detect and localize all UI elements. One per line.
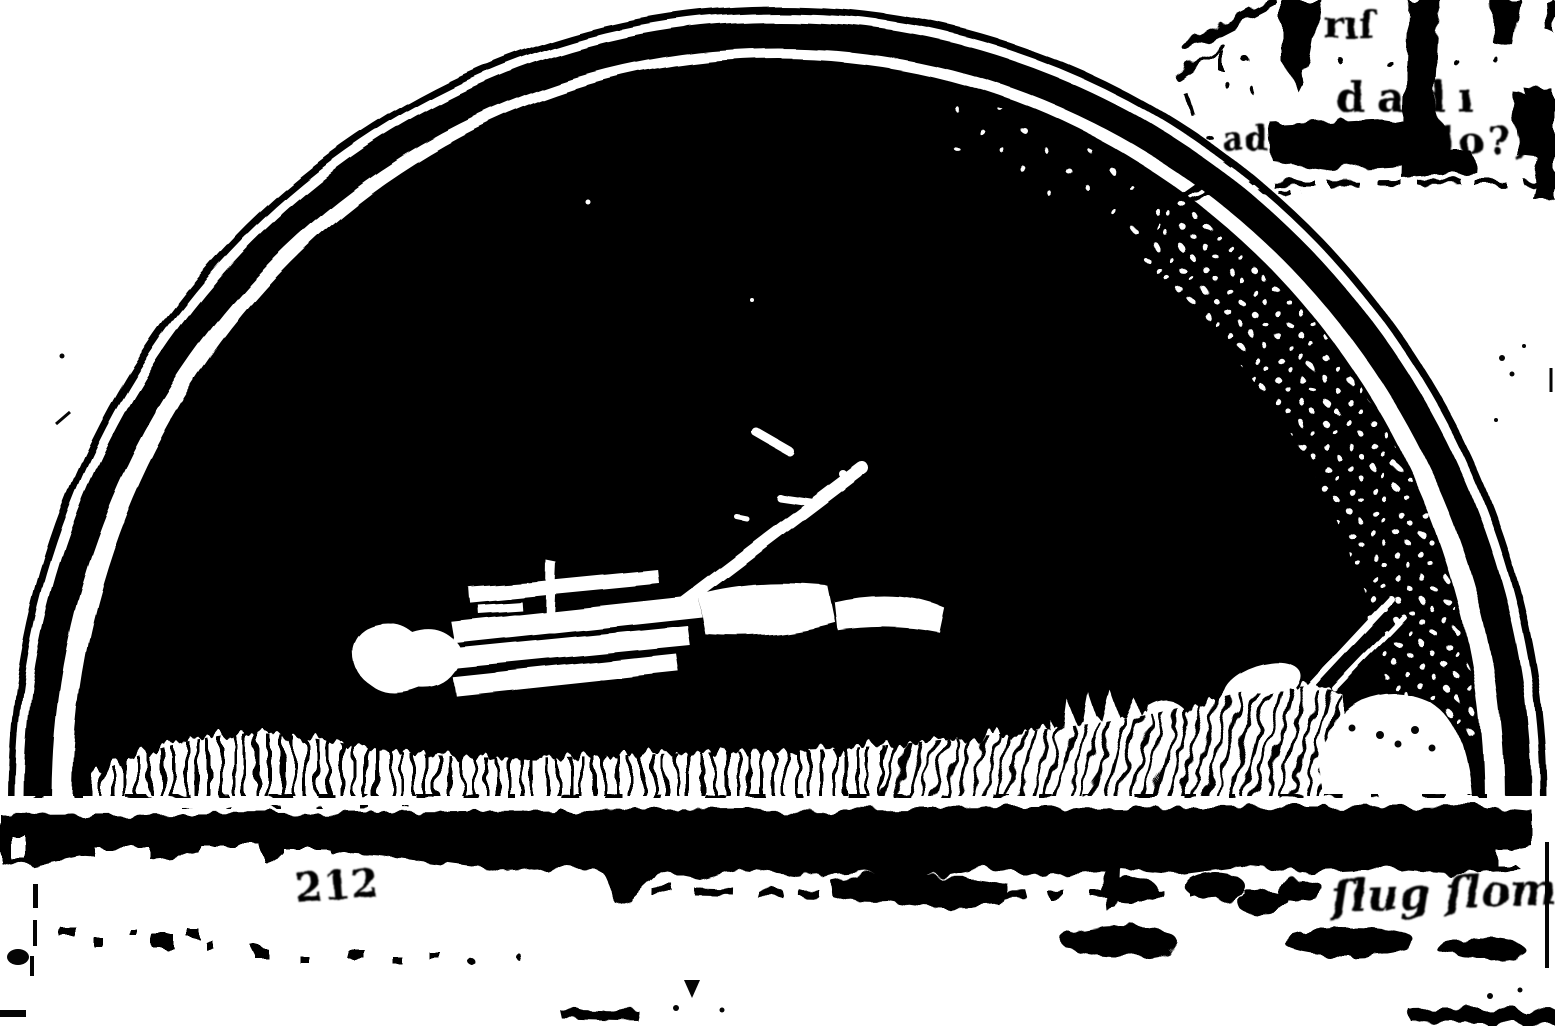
ink-blot (1272, 118, 1432, 170)
ink-smudge (1102, 877, 1158, 903)
ink-smudge (1062, 926, 1178, 958)
text-fragment: ad (1222, 119, 1268, 159)
ink-blot (7, 949, 29, 965)
speckle (1337, 57, 1343, 63)
wear-patch (12, 836, 26, 860)
speckle (1510, 372, 1515, 377)
speckle (1411, 726, 1419, 734)
speckle (720, 1008, 725, 1013)
speckle (469, 959, 476, 966)
text-fragment: do?) (1428, 118, 1536, 163)
speckle (1251, 89, 1257, 95)
type-remnant (300, 956, 309, 963)
speckle (673, 1005, 679, 1011)
speckle (1493, 57, 1499, 63)
speckle (1429, 745, 1436, 752)
type-remnant (206, 943, 215, 950)
ink-smudge (1284, 928, 1416, 956)
ink-tick (1220, 52, 1225, 72)
wear-patch (1496, 850, 1526, 864)
wear-patch (200, 845, 260, 862)
speckle (1221, 79, 1227, 85)
speckle (1349, 725, 1356, 732)
plate-number-mark: 212 (293, 859, 380, 912)
scanned-book-page: rıſ dadı ad do?) (0, 0, 1555, 1026)
speckle (1457, 63, 1463, 69)
speckle (1499, 355, 1505, 361)
speckle (1209, 137, 1215, 143)
margin-tick (33, 884, 38, 908)
speckle (60, 354, 65, 359)
type-remnant (152, 934, 173, 947)
wear-patch (95, 848, 150, 865)
type-remnant (348, 950, 365, 959)
type-remnant (430, 953, 441, 960)
type-remnant (254, 948, 267, 957)
paper-pinhole (750, 298, 754, 302)
speckle (1387, 61, 1394, 68)
highlight-dot (839, 470, 847, 478)
speckle (1243, 57, 1250, 64)
type-remnant (62, 928, 77, 939)
highlight-dash (735, 515, 745, 517)
type-remnant (94, 938, 103, 947)
ink-smudge (1436, 938, 1524, 958)
handwritten-note: ſlug ſlom (1328, 864, 1555, 923)
speckle (1395, 741, 1402, 748)
ink-smudge (1276, 879, 1324, 901)
ink-smudge (1185, 872, 1245, 900)
speckle (517, 955, 523, 961)
rule-corner-mark (0, 1010, 26, 1017)
speckle (1376, 731, 1384, 739)
text-fragment: dadı (1336, 73, 1486, 122)
speckle (1417, 55, 1423, 61)
type-remnant (394, 958, 403, 965)
speckle (1494, 418, 1498, 422)
margin-tick (33, 920, 37, 946)
woodcut-illustration: rıſ dadı ad do?) (0, 0, 1555, 1026)
text-fragment: rıſ (1324, 2, 1377, 47)
speckle (1518, 988, 1523, 993)
speckle (1522, 344, 1526, 348)
speckle (1487, 993, 1493, 999)
margin-tick (30, 956, 34, 976)
paper-pinhole (586, 200, 591, 205)
rule-thick-segment (1410, 1008, 1555, 1024)
type-remnant (188, 929, 199, 938)
type-remnant (128, 927, 135, 934)
